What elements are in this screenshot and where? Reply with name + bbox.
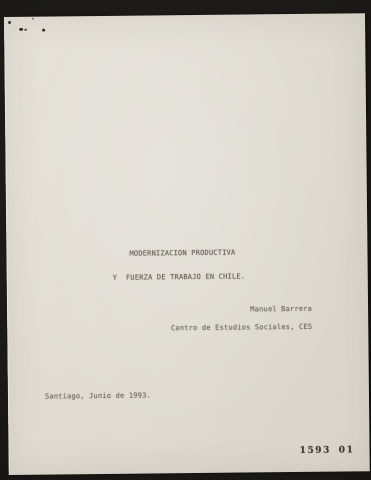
document-page: MODERNIZACION PRODUCTIVA Y FUERZA DE TRA… [4, 13, 370, 475]
ink-mark [32, 18, 34, 20]
ink-mark [19, 28, 23, 31]
ink-mark [8, 21, 11, 24]
title-line-1: MODERNIZACION PRODUCTIVA [129, 249, 235, 258]
archive-stamp-number: 1593 01 [300, 445, 355, 456]
author-name: Manuel Barrera [171, 305, 312, 314]
affiliation: Centro de Estudios Sociales, CES [171, 323, 312, 332]
ink-marks [4, 13, 365, 17]
title-line-2: Y FUERZA DE TRABAJO EN CHILE. [113, 272, 246, 281]
place-date-line: Santiago, Junio de 1993. [45, 391, 151, 400]
ink-mark [42, 29, 45, 32]
byline-block: Manuel Barrera Centro de Estudios Social… [171, 305, 313, 332]
scanned-document-background: MODERNIZACION PRODUCTIVA Y FUERZA DE TRA… [0, 0, 371, 480]
ink-mark [24, 29, 27, 31]
